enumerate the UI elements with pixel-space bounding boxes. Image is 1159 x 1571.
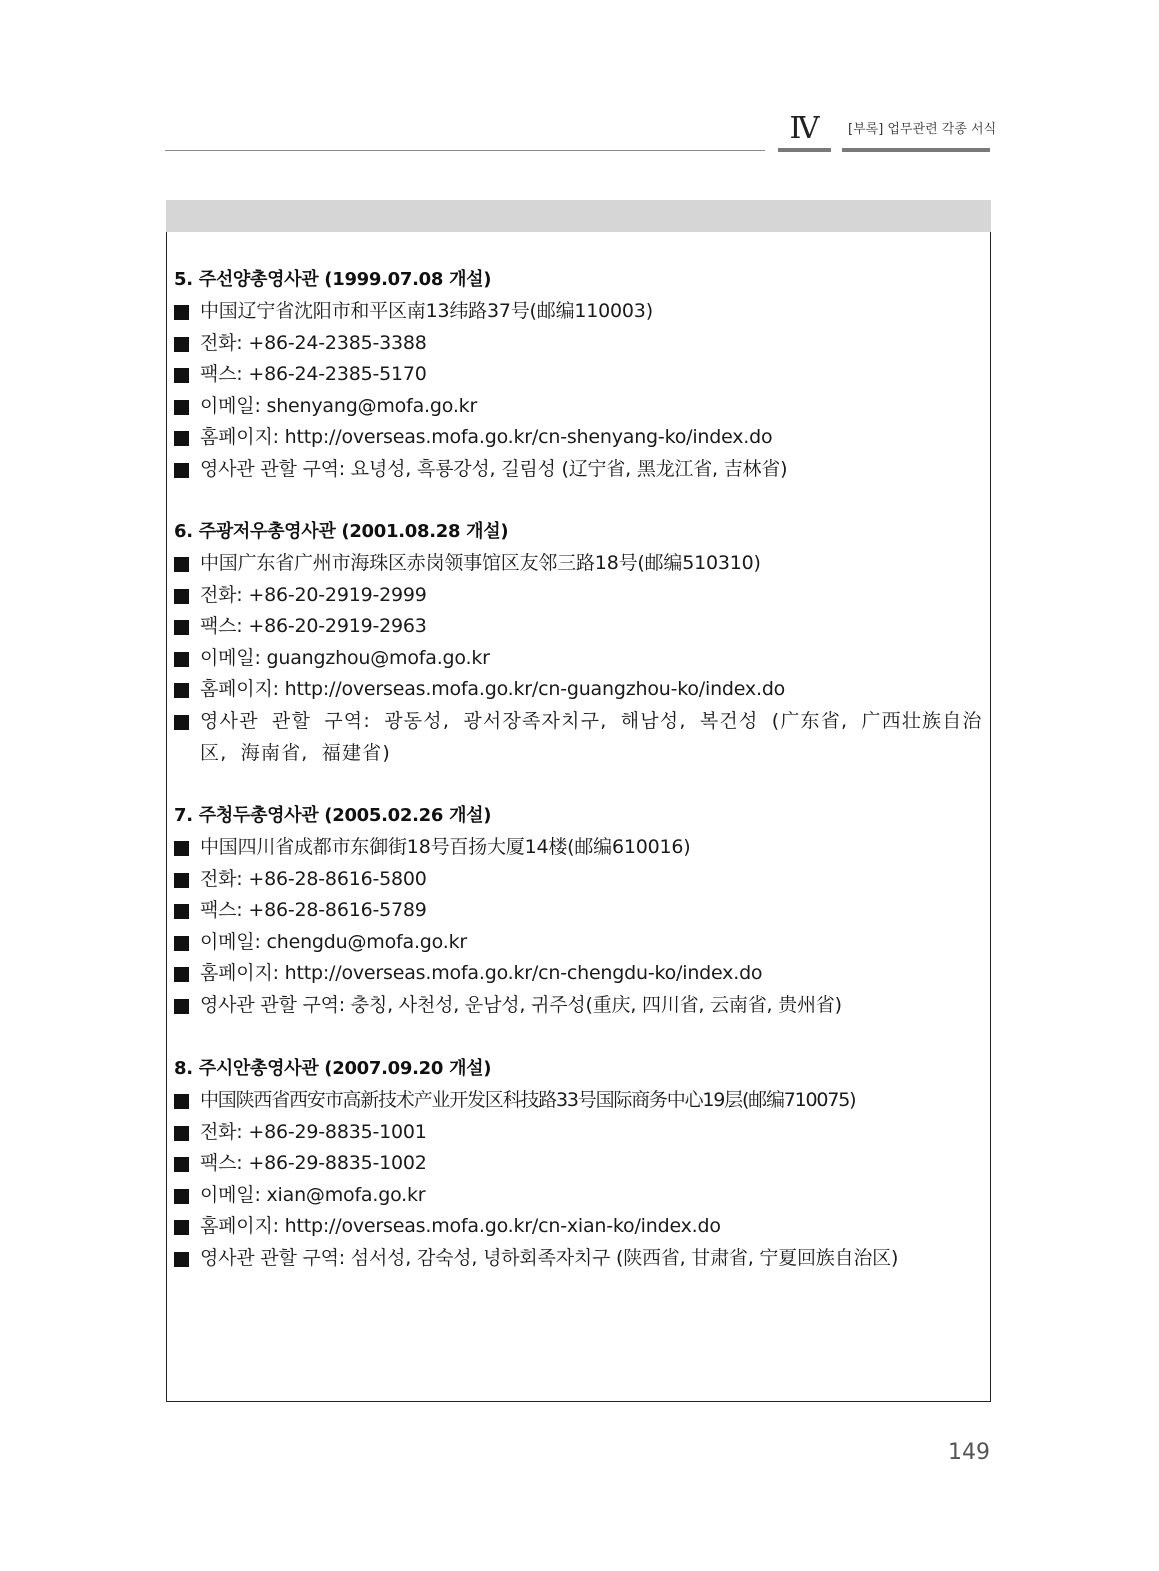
address-item: 中国辽宁省沈阳市和平区南13纬路37号(邮编110003)	[174, 296, 986, 328]
square-bullet-icon	[174, 1180, 200, 1212]
consulate-section-guangzhou: 6. 주광저우총영사관 (2001.08.28 개설) 中国广东省广州市海珠区赤…	[174, 516, 986, 769]
square-bullet-icon	[174, 1243, 200, 1275]
square-bullet-icon	[174, 1211, 200, 1243]
address-item: 中国广东省广州市海珠区赤岗领事馆区友邻三路18号(邮编510310)	[174, 548, 986, 580]
homepage-item: 홈페이지: http://overseas.mofa.go.kr/cn-shen…	[174, 422, 986, 454]
square-bullet-icon	[174, 422, 200, 454]
jurisdiction-item: 영사관 관할 구역: 요녕성, 흑룡강성, 길림성 (辽宁省, 黑龙江省, 吉林…	[174, 454, 986, 486]
square-bullet-icon	[174, 1117, 200, 1149]
square-bullet-icon	[174, 454, 200, 486]
email-item: 이메일: xian@mofa.go.kr	[174, 1180, 986, 1212]
consulate-section-shenyang: 5. 주선양총영사관 (1999.07.08 개설) 中国辽宁省沈阳市和平区南1…	[174, 264, 986, 486]
chapter-number: Ⅳ	[778, 112, 831, 146]
square-bullet-icon	[174, 611, 200, 643]
fax-item: 팩스: +86-20-2919-2963	[174, 611, 986, 643]
consulate-section-chengdu: 7. 주청두총영사관 (2005.02.26 개설) 中国四川省成都市东御街18…	[174, 800, 986, 1022]
phone-item: 전화: +86-20-2919-2999	[174, 580, 986, 612]
square-bullet-icon	[174, 328, 200, 360]
square-bullet-icon	[174, 706, 200, 738]
section-title: 6. 주광저우총영사관 (2001.08.28 개설)	[174, 516, 986, 548]
page-number: 149	[940, 1440, 990, 1465]
phone-item: 전화: +86-29-8835-1001	[174, 1117, 986, 1149]
square-bullet-icon	[174, 1148, 200, 1180]
homepage-item: 홈페이지: http://overseas.mofa.go.kr/cn-guan…	[174, 674, 986, 706]
fax-item: 팩스: +86-29-8835-1002	[174, 1148, 986, 1180]
address-item: 中国陕西省西安市高新技术产业开发区科技路33号国际商务中心19层(邮编71007…	[174, 1085, 986, 1117]
address-item: 中国四川省成都市东御街18号百扬大厦14楼(邮编610016)	[174, 832, 986, 864]
homepage-item: 홈페이지: http://overseas.mofa.go.kr/cn-xian…	[174, 1211, 986, 1243]
phone-item: 전화: +86-24-2385-3388	[174, 328, 986, 360]
chapter-title-underline	[842, 148, 990, 152]
square-bullet-icon	[174, 832, 200, 864]
email-item: 이메일: guangzhou@mofa.go.kr	[174, 643, 986, 675]
square-bullet-icon	[174, 643, 200, 675]
chapter-underline	[778, 148, 831, 152]
square-bullet-icon	[174, 927, 200, 959]
square-bullet-icon	[174, 958, 200, 990]
consulate-section-xian: 8. 주시안총영사관 (2007.09.20 개설) 中国陕西省西安市高新技术产…	[174, 1053, 986, 1275]
phone-item: 전화: +86-28-8616-5800	[174, 864, 986, 896]
square-bullet-icon	[174, 548, 200, 580]
email-item: 이메일: shenyang@mofa.go.kr	[174, 391, 986, 423]
section-title: 5. 주선양총영사관 (1999.07.08 개설)	[174, 264, 986, 296]
square-bullet-icon	[174, 1085, 200, 1117]
homepage-item: 홈페이지: http://overseas.mofa.go.kr/cn-chen…	[174, 958, 986, 990]
square-bullet-icon	[174, 359, 200, 391]
square-bullet-icon	[174, 674, 200, 706]
square-bullet-icon	[174, 391, 200, 423]
chapter-title: [부록] 업무관련 각종 서식	[848, 121, 996, 139]
fax-item: 팩스: +86-24-2385-5170	[174, 359, 986, 391]
square-bullet-icon	[174, 895, 200, 927]
section-title: 7. 주청두총영사관 (2005.02.26 개설)	[174, 800, 986, 832]
jurisdiction-item: 영사관 관할 구역: 광동성, 광서장족자치구, 해남성, 복건성 (广东省, …	[174, 706, 986, 769]
square-bullet-icon	[174, 580, 200, 612]
fax-item: 팩스: +86-28-8616-5789	[174, 895, 986, 927]
jurisdiction-item: 영사관 관할 구역: 충칭, 사천성, 운남성, 귀주성(重庆, 四川省, 云南…	[174, 990, 986, 1022]
jurisdiction-item: 영사관 관할 구역: 섬서성, 감숙성, 녕하회족자치구 (陕西省, 甘肃省, …	[174, 1243, 986, 1275]
email-item: 이메일: chengdu@mofa.go.kr	[174, 927, 986, 959]
table-header-band	[166, 200, 991, 232]
square-bullet-icon	[174, 990, 200, 1022]
header-rule	[165, 150, 765, 151]
square-bullet-icon	[174, 864, 200, 896]
square-bullet-icon	[174, 296, 200, 328]
section-title: 8. 주시안총영사관 (2007.09.20 개설)	[174, 1053, 986, 1085]
